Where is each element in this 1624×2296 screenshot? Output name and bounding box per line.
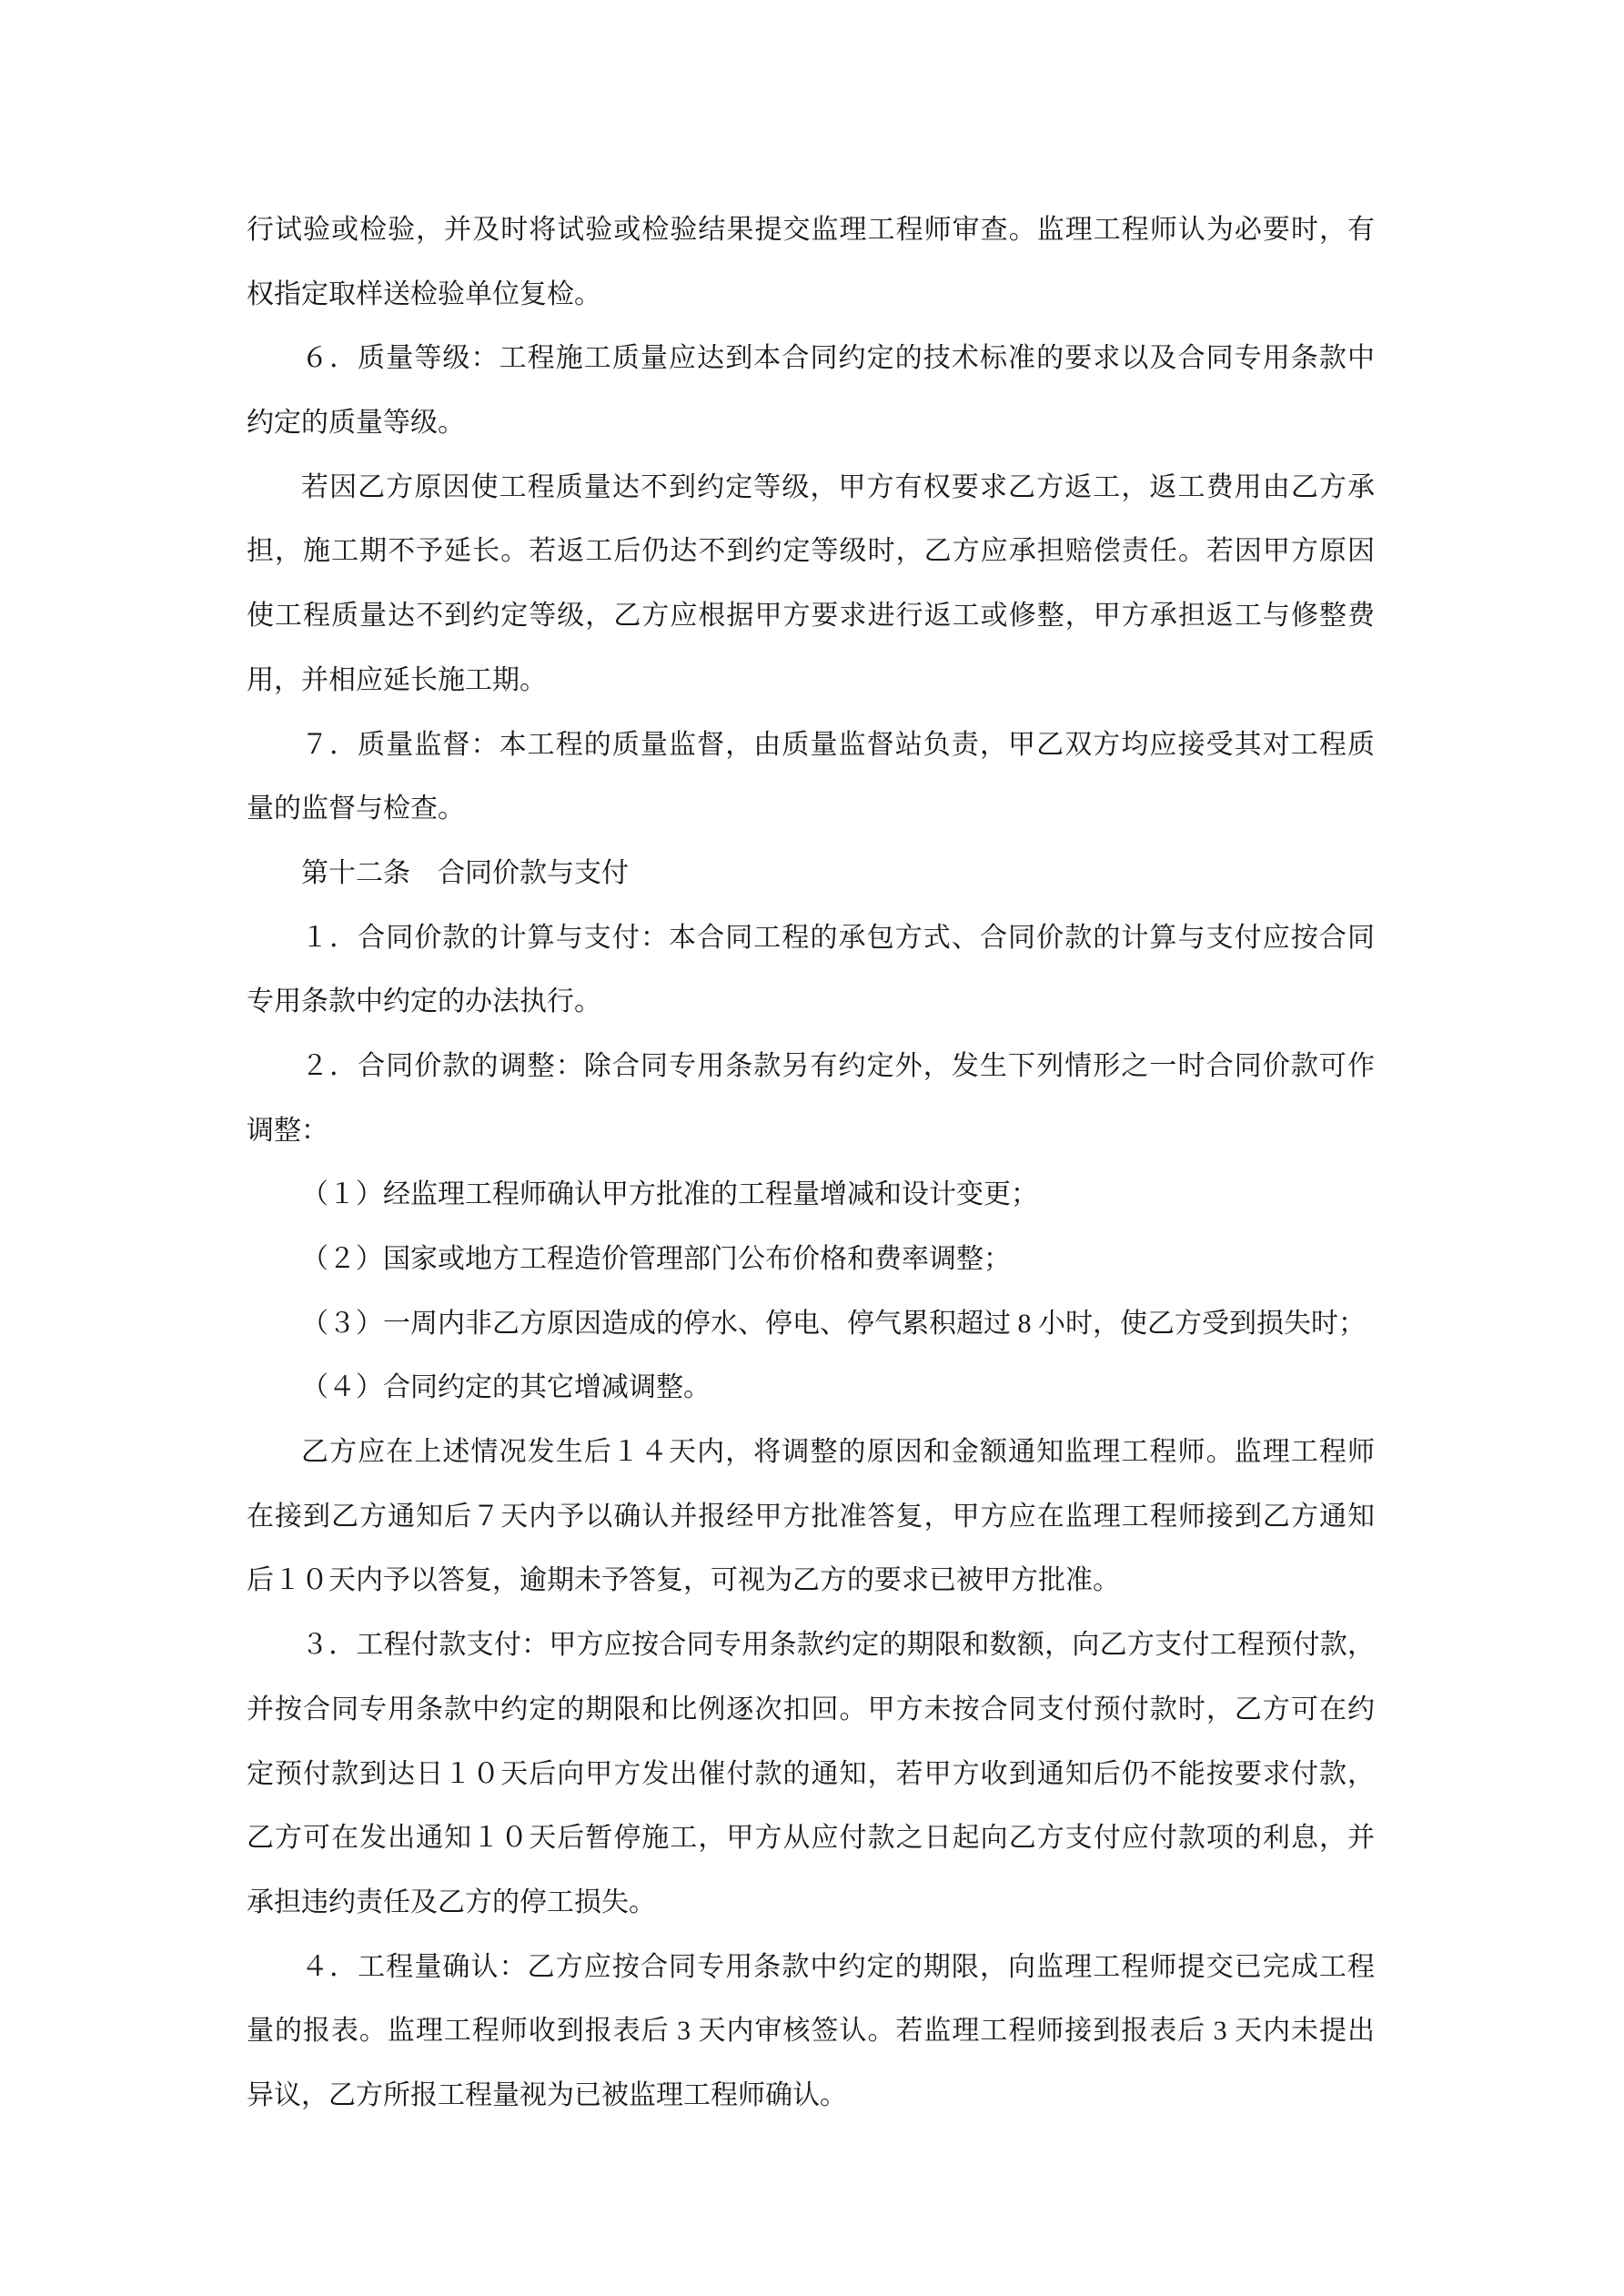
text-line: 量的报表。监理工程师收到报表后 3 天内审核签认。若监理工程师接到报表后 3 天… — [247, 1999, 1375, 2064]
text-line: 调整： — [247, 1099, 1375, 1164]
text-line: 量的监督与检查。 — [247, 777, 1375, 842]
text-line: 专用条款中约定的办法执行。 — [247, 970, 1375, 1035]
text-line: ６．质量等级：工程施工质量应达到本合同约定的技术标准的要求以及合同专用条款中 — [247, 327, 1375, 391]
text-line: 权指定取样送检验单位复检。 — [247, 263, 1375, 328]
text-line: 乙方应在上述情况发生后１４天内，将调整的原因和金额通知监理工程师。监理工程师 — [247, 1421, 1375, 1485]
text-line: 异议，乙方所报工程量视为已被监理工程师确认。 — [247, 2064, 1375, 2129]
document-page: 行试验或检验，并及时将试验或检验结果提交监理工程师审查。监理工程师认为必要时，有… — [0, 0, 1624, 2296]
text-line: 担，施工期不予延长。若返工后仍达不到约定等级时，乙方应承担赔偿责任。若因甲方原因 — [247, 520, 1375, 584]
text-line: 行试验或检验，并及时将试验或检验结果提交监理工程师审查。监理工程师认为必要时，有 — [247, 198, 1375, 263]
text-line: （４）合同约定的其它增减调整。 — [247, 1356, 1375, 1421]
text-line: 若因乙方原因使工程质量达不到约定等级，甲方有权要求乙方返工，返工费用由乙方承 — [247, 456, 1375, 521]
text-line: 并按合同专用条款中约定的期限和比例逐次扣回。甲方未按合同支付预付款时，乙方可在约 — [247, 1678, 1375, 1743]
text-line: 第十二条 合同价款与支付 — [247, 842, 1375, 906]
text-line: 用，并相应延长施工期。 — [247, 649, 1375, 713]
text-line: （２）国家或地方工程造价管理部门公布价格和费率调整； — [247, 1228, 1375, 1292]
text-line: （１）经监理工程师确认甲方批准的工程量增减和设计变更； — [247, 1163, 1375, 1228]
text-line: （３）一周内非乙方原因造成的停水、停电、停气累积超过 8 小时，使乙方受到损失时… — [247, 1292, 1375, 1357]
text-line: 在接到乙方通知后７天内予以确认并报经甲方批准答复，甲方应在监理工程师接到乙方通知 — [247, 1485, 1375, 1550]
text-line: 约定的质量等级。 — [247, 391, 1375, 456]
text-line: 承担违约责任及乙方的停工损失。 — [247, 1871, 1375, 1936]
text-line: ４．工程量确认：乙方应按合同专用条款中约定的期限，向监理工程师提交已完成工程 — [247, 1936, 1375, 2000]
text-line: １．合同价款的计算与支付：本合同工程的承包方式、合同价款的计算与支付应按合同 — [247, 906, 1375, 971]
text-line: ２．合同价款的调整：除合同专用条款另有约定外，发生下列情形之一时合同价款可作 — [247, 1035, 1375, 1099]
text-line: ７．质量监督：本工程的质量监督，由质量监督站负责，甲乙双方均应接受其对工程质 — [247, 713, 1375, 778]
text-line: 使工程质量达不到约定等级，乙方应根据甲方要求进行返工或修整，甲方承担返工与修整费 — [247, 584, 1375, 649]
contract-text-block: 行试验或检验，并及时将试验或检验结果提交监理工程师审查。监理工程师认为必要时，有… — [247, 198, 1375, 2129]
text-line: 后１０天内予以答复，逾期未予答复，可视为乙方的要求已被甲方批准。 — [247, 1549, 1375, 1613]
text-line: 定预付款到达日１０天后向甲方发出催付款的通知，若甲方收到通知后仍不能按要求付款， — [247, 1743, 1375, 1807]
text-line: ３．工程付款支付：甲方应按合同专用条款约定的期限和数额，向乙方支付工程预付款， — [247, 1613, 1375, 1678]
text-line: 乙方可在发出通知１０天后暂停施工，甲方从应付款之日起向乙方支付应付款项的利息，并 — [247, 1806, 1375, 1871]
